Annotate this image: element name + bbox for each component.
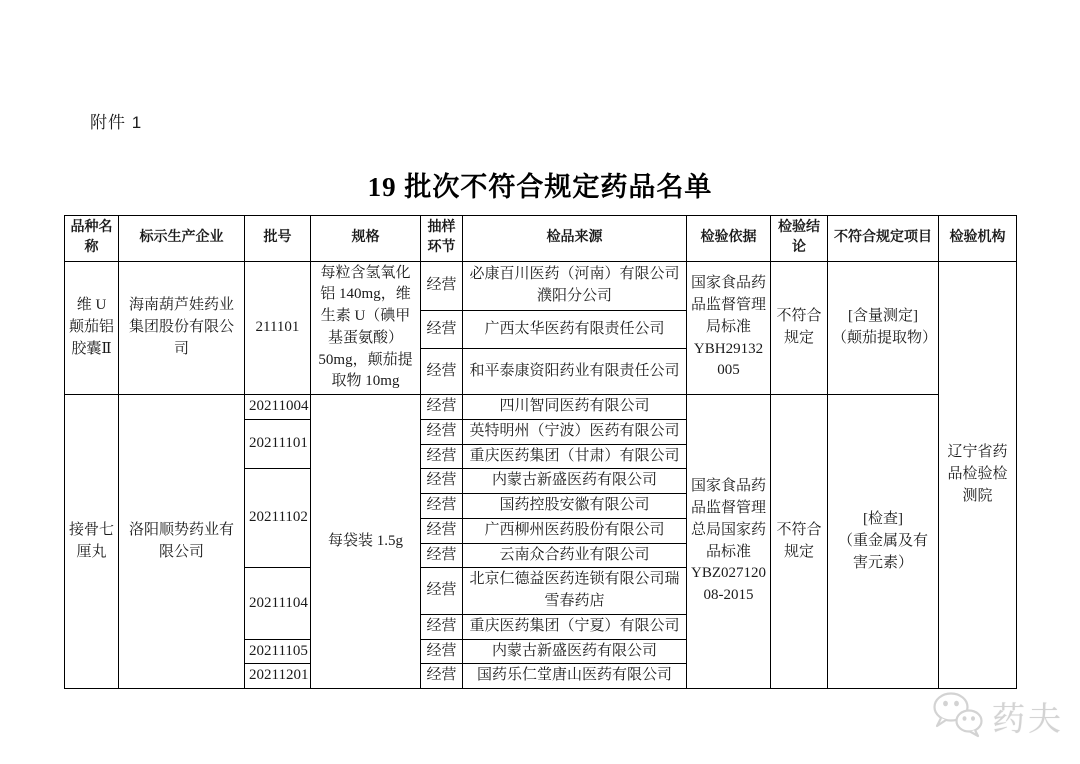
watermark: 药夫 <box>930 688 1064 745</box>
col-header-conclusion: 检验结论 <box>771 216 828 262</box>
batch-no-cell: 211101 <box>245 261 311 395</box>
sampling-stage-cell: 经营 <box>421 395 463 420</box>
sample-source-cell: 广西太华医药有限责任公司 <box>463 311 687 349</box>
nonconforming-item-cell: [检查] （重金属及有害元素） <box>828 395 939 689</box>
table-header-row: 品种名称 标示生产企业 批号 规格 抽样环节 检品来源 检验依据 检验结论 不符… <box>65 216 1017 262</box>
wechat-icon <box>930 688 984 745</box>
page-title: 19 批次不符合规定药品名单 <box>0 165 1080 204</box>
conclusion-cell: 不符合规定 <box>771 261 828 395</box>
sampling-stage-cell: 经营 <box>421 261 463 311</box>
sample-source-cell: 云南众合药业有限公司 <box>463 543 687 568</box>
nonconforming-item-cell: [含量测定] （颠茄提取物） <box>828 261 939 395</box>
col-header-product-name: 品种名称 <box>65 216 119 262</box>
document-page: 附件 1 19 批次不符合规定药品名单 品种名称 标示生产企业 批号 规格 抽样… <box>0 0 1080 764</box>
col-header-batch-no: 批号 <box>245 216 311 262</box>
col-header-inspection-basis: 检验依据 <box>687 216 771 262</box>
inspection-basis-cell: 国家食品药品监督管理总局国家药品标准 YBZ02712008-2015 <box>687 395 771 689</box>
manufacturer-cell: 海南葫芦娃药业集团股份有限公司 <box>119 261 245 395</box>
inspection-basis-cell: 国家食品药品监督管理局标准 YBH29132005 <box>687 261 771 395</box>
sampling-stage-cell: 经营 <box>421 348 463 394</box>
sampling-stage-cell: 经营 <box>421 518 463 543</box>
batch-no-cell: 20211004 <box>245 395 311 420</box>
sampling-stage-cell: 经营 <box>421 568 463 615</box>
col-header-sample-source: 检品来源 <box>463 216 687 262</box>
sampling-stage-cell: 经营 <box>421 419 463 444</box>
sample-source-cell: 重庆医药集团（宁夏）有限公司 <box>463 614 687 639</box>
col-header-spec: 规格 <box>311 216 421 262</box>
sample-source-cell: 国药控股安徽有限公司 <box>463 494 687 519</box>
sample-source-cell: 内蒙古新盛医药有限公司 <box>463 639 687 664</box>
product-name-cell: 维 U 颠茄铝胶囊Ⅱ <box>65 261 119 395</box>
col-header-nonconforming-item: 不符合规定项目 <box>828 216 939 262</box>
batch-no-cell: 20211105 <box>245 639 311 664</box>
sample-source-cell: 广西柳州医药股份有限公司 <box>463 518 687 543</box>
batch-no-cell: 20211104 <box>245 568 311 639</box>
sampling-stage-cell: 经营 <box>421 311 463 349</box>
spec-cell: 每袋装 1.5g <box>311 395 421 689</box>
sample-source-cell: 和平泰康资阳药业有限责任公司 <box>463 348 687 394</box>
sample-source-cell: 英特明州（宁波）医药有限公司 <box>463 419 687 444</box>
sampling-stage-cell: 经营 <box>421 639 463 664</box>
table-row: 接骨七厘丸 洛阳顺势药业有限公司 20211004 每袋装 1.5g 经营 四川… <box>65 395 1017 420</box>
table-row: 维 U 颠茄铝胶囊Ⅱ 海南葫芦娃药业集团股份有限公司 211101 每粒含氢氧化… <box>65 261 1017 311</box>
conclusion-cell: 不符合规定 <box>771 395 828 689</box>
sample-source-cell: 四川智同医药有限公司 <box>463 395 687 420</box>
sample-source-cell: 国药乐仁堂唐山医药有限公司 <box>463 664 687 689</box>
sampling-stage-cell: 经营 <box>421 469 463 494</box>
sample-source-cell: 北京仁德益医药连锁有限公司瑞雪春药店 <box>463 568 687 615</box>
col-header-inspection-agency: 检验机构 <box>939 216 1017 262</box>
sample-source-cell: 必康百川医药（河南）有限公司濮阳分公司 <box>463 261 687 311</box>
batch-no-cell: 20211101 <box>245 419 311 469</box>
attachment-label: 附件 1 <box>90 108 142 133</box>
sample-source-cell: 内蒙古新盛医药有限公司 <box>463 469 687 494</box>
col-header-manufacturer: 标示生产企业 <box>119 216 245 262</box>
sampling-stage-cell: 经营 <box>421 494 463 519</box>
spec-cell: 每粒含氢氧化铝 140mg，维生素 U（碘甲基蛋氨酸）50mg，颠茄提取物 10… <box>311 261 421 395</box>
product-name-cell: 接骨七厘丸 <box>65 395 119 689</box>
sampling-stage-cell: 经营 <box>421 444 463 469</box>
watermark-text: 药夫 <box>992 693 1064 740</box>
col-header-sampling-stage: 抽样环节 <box>421 216 463 262</box>
inspection-agency-cell: 辽宁省药品检验检测院 <box>939 261 1017 689</box>
drug-results-table: 品种名称 标示生产企业 批号 规格 抽样环节 检品来源 检验依据 检验结论 不符… <box>64 215 1017 689</box>
manufacturer-cell: 洛阳顺势药业有限公司 <box>119 395 245 689</box>
sampling-stage-cell: 经营 <box>421 664 463 689</box>
batch-no-cell: 20211201 <box>245 664 311 689</box>
sample-source-cell: 重庆医药集团（甘肃）有限公司 <box>463 444 687 469</box>
sampling-stage-cell: 经营 <box>421 614 463 639</box>
sampling-stage-cell: 经营 <box>421 543 463 568</box>
batch-no-cell: 20211102 <box>245 469 311 568</box>
